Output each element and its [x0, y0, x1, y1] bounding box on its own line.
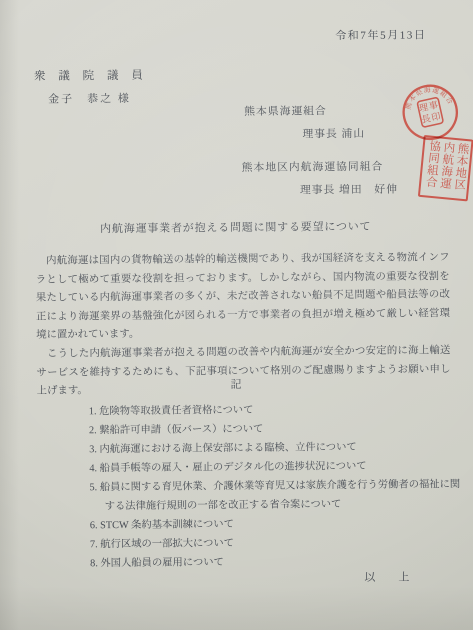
body-paragraph-1: 内航海運は国内の貨物輸送の基幹的輸送機関であり、我が国経済を支える物流インフラと… [35, 249, 450, 346]
sender1-signer: 理事長 浦山 [244, 126, 365, 142]
document-date: 令和7年5月13日 [335, 26, 427, 43]
request-list: 1. 危険物等取扱責任者資格について 2. 繋船許可申請（仮バース）について 3… [89, 399, 468, 573]
sender2-signer: 理事長 増田 好伸 [242, 182, 398, 198]
list-item-5: 5. 船員に関する育児休業、介護休業等育児又は家族介護を行う労働者の福祉に関する… [89, 475, 467, 516]
sender1-block: 熊本県海運組合 理事長 浦山 [244, 103, 365, 142]
round-seal-center-bottom: 長印 [420, 111, 442, 125]
recipient-name: 金子 恭之 様 [34, 90, 148, 107]
sender2-org: 熊本地区内航海運協同組合 [242, 159, 398, 175]
sender2-block: 熊本地区内航海運協同組合 理事長 増田 好伸 [242, 159, 398, 198]
photographed-document: { "meta": { "paper_color": "#d4d4cc", "t… [0, 0, 473, 630]
document-title: 内航海運事業者が抱える問題に関する要望について [0, 217, 472, 237]
letter-sheet: 令和7年5月13日 衆 議 院 議 員 金子 恭之 様 熊本県海運組合 理事長 … [0, 0, 473, 630]
square-seal-stamp: 熊本地区 内航海運 協同組合 [418, 135, 473, 202]
recipient-title: 衆 議 院 議 員 [34, 67, 148, 84]
sender1-org: 熊本県海運組合 [244, 103, 365, 119]
closing-phrase: 以 上 [364, 568, 415, 584]
recipient-block: 衆 議 院 議 員 金子 恭之 様 [34, 67, 148, 107]
